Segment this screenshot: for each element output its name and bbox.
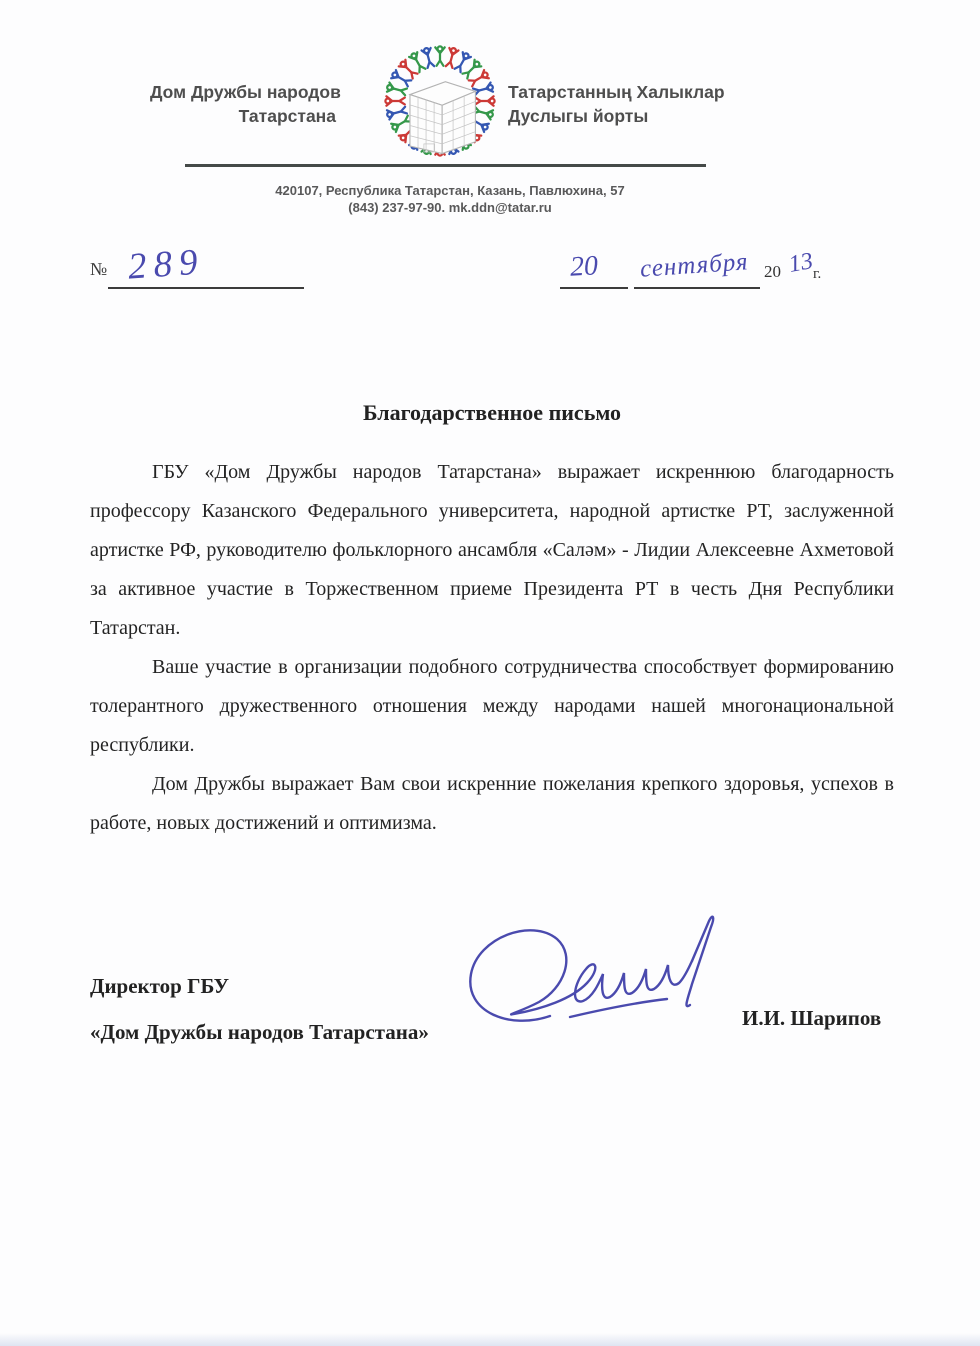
letter-title: Благодарственное письмо <box>90 400 894 426</box>
handwritten-signature-icon <box>452 912 747 1040</box>
signer-role-line2: «Дом Дружбы народов Татарстана» <box>90 1009 429 1055</box>
handwritten-month: сентября <box>639 248 749 284</box>
month-underline <box>634 287 760 289</box>
building-icon <box>410 82 475 154</box>
handwritten-day: 20 <box>569 250 599 283</box>
org-name-russian: Дом Дружбы народов Татарстана <box>150 80 336 128</box>
signer-role: Директор ГБУ «Дом Дружбы народов Татарст… <box>90 963 429 1055</box>
contact-line: (843) 237-97-90. mk.ddn@tatar.ru <box>190 199 710 216</box>
number-label: № <box>90 259 107 280</box>
year-unit-label: г. <box>813 266 821 283</box>
org-name-tatar: Татарстанның Халыклар Дуслыгы йорты <box>508 80 725 128</box>
org-name-tatar-line2: Дуслыгы йорты <box>508 104 725 128</box>
letter-paragraph-2: Ваше участие в организации подобного сот… <box>90 648 894 765</box>
handwritten-number: 289 <box>127 240 206 288</box>
org-name-russian-line2: Татарстана <box>150 104 336 128</box>
address-line: 420107, Республика Татарстан, Казань, Па… <box>190 182 710 199</box>
letter-paragraph-3: Дом Дружбы выражает Вам свои искренние п… <box>90 765 894 843</box>
letter-paragraph-1: ГБУ «Дом Дружбы народов Татарстана» выра… <box>90 453 894 648</box>
printed-year-prefix: 20 <box>764 262 781 282</box>
org-name-russian-line1: Дом Дружбы народов <box>150 80 336 104</box>
org-name-tatar-line1: Татарстанның Халыклар <box>508 80 725 104</box>
signer-role-line1: Директор ГБУ <box>90 963 429 1009</box>
house-of-friendship-logo-icon <box>381 42 499 160</box>
scan-edge-artifact <box>0 1333 980 1346</box>
letter-body: Благодарственное письмо ГБУ «Дом Дружбы … <box>90 400 894 843</box>
handwritten-year-suffix: 13 <box>787 248 815 279</box>
number-underline <box>108 287 304 289</box>
address-block: 420107, Республика Татарстан, Казань, Па… <box>190 182 710 216</box>
day-underline <box>560 287 628 289</box>
signer-name: И.И. Шарипов <box>742 1006 881 1031</box>
header-divider <box>185 164 706 167</box>
scanned-letter-page: Дом Дружбы народов Татарстана <box>0 0 980 1346</box>
